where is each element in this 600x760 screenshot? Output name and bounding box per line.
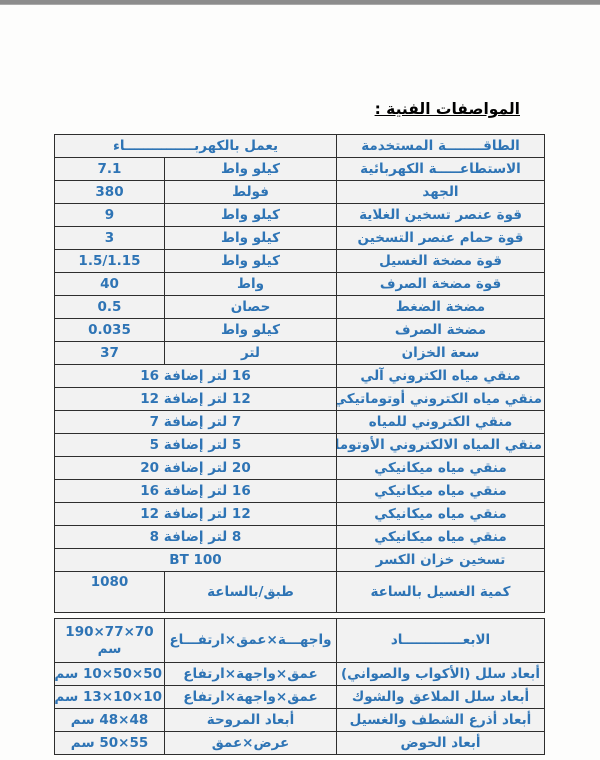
spec-merged-value-cell: 8 لتر إضافة 8 — [55, 526, 337, 549]
spec-label-cell: الابعـــــــــــــاد — [337, 619, 545, 663]
document-page: { "page": { "section_title": "المواصفات … — [0, 0, 600, 760]
spec-label-cell: سعة الخزان — [337, 342, 545, 365]
table-row: قوة مضخة الغسيل كيلو واط 1.5/1.15 — [55, 250, 545, 273]
spec-table-lower: الابعـــــــــــــاد واجهـــة×عمق×ارتفــ… — [54, 618, 545, 755]
table-row: قوة مضخة الصرف واط 40 — [55, 273, 545, 296]
table-row: الطاقــــــــة المستخدمة يعمل بالكهربـــ… — [55, 135, 545, 158]
table-row: منقي مياه ميكانيكي 12 لتر إضافة 12 — [55, 503, 545, 526]
table-row: مضخة الصرف كيلو واط 0.035 — [55, 319, 545, 342]
spec-unit-cell: كيلو واط — [165, 227, 337, 250]
spec-value-cell: 3 — [55, 227, 165, 250]
spec-value-cell: 7.1 — [55, 158, 165, 181]
spec-merged-value-cell: BT 100 — [55, 549, 337, 572]
spec-label-cell: مضخة الضغط — [337, 296, 545, 319]
spec-unit-cell: فولط — [165, 181, 337, 204]
spec-label-cell: أبعاد سلل (الأكواب والصواني) — [337, 663, 545, 686]
spec-value-cell: 0.035 — [55, 319, 165, 342]
spec-merged-value-cell: 20 لتر إضافة 20 — [55, 457, 337, 480]
spec-label-cell: الجهد — [337, 181, 545, 204]
table-row: كمية الغسيل بالساعة طبق/بالساعة 1080 — [55, 572, 545, 613]
spec-value-cell: 10×10×13 سم — [55, 686, 165, 709]
spec-value-cell: 40 — [55, 273, 165, 296]
table-row: منقي الكتروني للمياه 7 لتر إضافة 7 — [55, 411, 545, 434]
top-divider-bar — [0, 0, 600, 5]
title-row: المواصفات الفنية : — [0, 99, 600, 118]
spec-label-cell: مضخة الصرف — [337, 319, 545, 342]
spec-label-cell: أبعاد أذرع الشطف والغسيل — [337, 709, 545, 732]
spec-merged-value-cell: 7 لتر إضافة 7 — [55, 411, 337, 434]
table-row: منقي مياه ميكانيكي 16 لتر إضافة 16 — [55, 480, 545, 503]
table-row: أبعاد سلل (الأكواب والصواني) عمق×واجهة×ا… — [55, 663, 545, 686]
spec-label-cell: قوة عنصر تسخين الغلاية — [337, 204, 545, 227]
table-row: الاستطاعـــــة الكهربائية كيلو واط 7.1 — [55, 158, 545, 181]
table-row: سعة الخزان لتر 37 — [55, 342, 545, 365]
spec-value-cell: 1.5/1.15 — [55, 250, 165, 273]
spec-label-cell: تسخين خزان الكسر — [337, 549, 545, 572]
spec-unit-cell: أبعاد المروحة — [165, 709, 337, 732]
table-row: منقي مياه ميكانيكي 20 لتر إضافة 20 — [55, 457, 545, 480]
spec-label-cell: كمية الغسيل بالساعة — [337, 572, 545, 613]
spec-merged-value-cell: 12 لتر إضافة 12 — [55, 503, 337, 526]
spec-label-cell: الاستطاعـــــة الكهربائية — [337, 158, 545, 181]
spec-merged-value-cell: 16 لتر إضافة 16 — [55, 480, 337, 503]
spec-label-cell: قوة مضخة الصرف — [337, 273, 545, 296]
table-row: منقي مياه الكتروني آلي 16 لتر إضافة 16 — [55, 365, 545, 388]
spec-label-cell: منقي الكتروني للمياه — [337, 411, 545, 434]
spec-label-cell: الطاقــــــــة المستخدمة — [337, 135, 545, 158]
table-row: منقي مياه ميكانيكي 8 لتر إضافة 8 — [55, 526, 545, 549]
spec-label-cell: منقي مياه ميكانيكي — [337, 480, 545, 503]
spec-value-cell: 55×50 سم — [55, 732, 165, 755]
spec-value-cell: 70×77×190 سم — [55, 619, 165, 663]
table-row: تسخين خزان الكسر BT 100 — [55, 549, 545, 572]
spec-label-cell: قوة مضخة الغسيل — [337, 250, 545, 273]
table-row: قوة حمام عنصر التسخين كيلو واط 3 — [55, 227, 545, 250]
spec-label-cell: منقي مياه الكتروني آلي — [337, 365, 545, 388]
table-row: الابعـــــــــــــاد واجهـــة×عمق×ارتفــ… — [55, 619, 545, 663]
spec-unit-cell: كيلو واط — [165, 158, 337, 181]
spec-unit-cell: واجهـــة×عمق×ارتفـــاع — [165, 619, 337, 663]
spec-unit-cell: كيلو واط — [165, 319, 337, 342]
spec-value-cell: 9 — [55, 204, 165, 227]
spec-value-cell: 1080 — [55, 572, 165, 613]
spec-unit-cell: كيلو واط — [165, 250, 337, 273]
spec-unit-cell: طبق/بالساعة — [165, 572, 337, 613]
section-title: المواصفات الفنية : — [375, 100, 520, 118]
table-row: قوة عنصر تسخين الغلاية كيلو واط 9 — [55, 204, 545, 227]
table-row: أبعاد الحوض عرض×عمق 55×50 سم — [55, 732, 545, 755]
spec-label-cell: قوة حمام عنصر التسخين — [337, 227, 545, 250]
table-row: مضخة الضغط حصان 0.5 — [55, 296, 545, 319]
table-row: منقي المياه الالكتروني الأوتوماتيكي 5 لت… — [55, 434, 545, 457]
spec-merged-value-cell: 16 لتر إضافة 16 — [55, 365, 337, 388]
spec-value-cell: 37 — [55, 342, 165, 365]
spec-value-cell: 380 — [55, 181, 165, 204]
spec-unit-cell: واط — [165, 273, 337, 296]
table-row: منقي مياه الكتروني أوتوماتيكي 12 لتر إضا… — [55, 388, 545, 411]
table-row: أبعاد أذرع الشطف والغسيل أبعاد المروحة 4… — [55, 709, 545, 732]
spec-unit-cell: عرض×عمق — [165, 732, 337, 755]
spec-table-upper: الطاقــــــــة المستخدمة يعمل بالكهربـــ… — [54, 134, 545, 613]
spec-label-cell: منقي مياه الكتروني أوتوماتيكي — [337, 388, 545, 411]
spec-label-cell: أبعاد الحوض — [337, 732, 545, 755]
spec-value-cell: 50×50×10 سم — [55, 663, 165, 686]
spec-merged-value-cell: يعمل بالكهربـــــــــــــــاء — [55, 135, 337, 158]
spec-unit-cell: عمق×واجهة×ارتفاع — [165, 663, 337, 686]
spec-value-cell: 0.5 — [55, 296, 165, 319]
spec-label-cell: أبعاد سلل الملاعق والشوك — [337, 686, 545, 709]
table-row: أبعاد سلل الملاعق والشوك عمق×واجهة×ارتفا… — [55, 686, 545, 709]
spec-value-cell: 48×48 سم — [55, 709, 165, 732]
spec-label-cell: منقي مياه ميكانيكي — [337, 503, 545, 526]
spec-unit-cell: حصان — [165, 296, 337, 319]
spec-merged-value-cell: 12 لتر إضافة 12 — [55, 388, 337, 411]
spec-merged-value-cell: 5 لتر إضافة 5 — [55, 434, 337, 457]
spec-label-cell: منقي المياه الالكتروني الأوتوماتيكي — [337, 434, 545, 457]
table-row: الجهد فولط 380 — [55, 181, 545, 204]
spec-unit-cell: لتر — [165, 342, 337, 365]
spec-label-cell: منقي مياه ميكانيكي — [337, 526, 545, 549]
spec-label-cell: منقي مياه ميكانيكي — [337, 457, 545, 480]
spec-unit-cell: كيلو واط — [165, 204, 337, 227]
spec-unit-cell: عمق×واجهة×ارتفاع — [165, 686, 337, 709]
